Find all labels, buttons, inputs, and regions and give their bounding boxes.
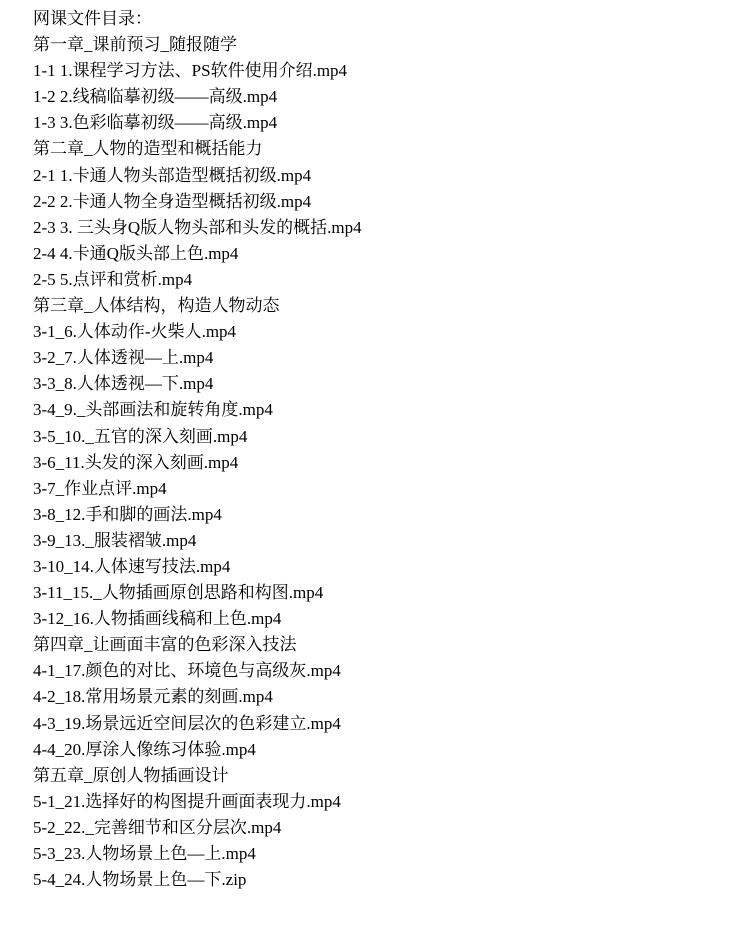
file-entry: 3-4_9._头部画法和旋转角度.mp4	[33, 397, 730, 423]
file-entry: 5-1_21.选择好的构图提升画面表现力.mp4	[33, 789, 730, 815]
chapter-title: 第二章_人物的造型和概括能力	[33, 136, 730, 162]
file-entry: 5-2_22._完善细节和区分层次.mp4	[33, 815, 730, 841]
file-entry: 1-3 3.色彩临摹初级——高级.mp4	[33, 110, 730, 136]
file-entry: 2-4 4.卡通Q版头部上色.mp4	[33, 241, 730, 267]
file-entry: 3-8_12.手和脚的画法.mp4	[33, 502, 730, 528]
file-entry: 5-4_24.人物场景上色—下.zip	[33, 867, 730, 893]
file-entry: 3-5_10._五官的深入刻画.mp4	[33, 424, 730, 450]
file-entry: 2-5 5.点评和赏析.mp4	[33, 267, 730, 293]
file-entry: 3-10_14.人体速写技法.mp4	[33, 554, 730, 580]
file-entry: 3-7_作业点评.mp4	[33, 476, 730, 502]
file-entry: 1-1 1.课程学习方法、PS软件使用介绍.mp4	[33, 58, 730, 84]
file-entry: 4-4_20.厚涂人像练习体验.mp4	[33, 737, 730, 763]
file-entry: 3-11_15._人物插画原创思路和构图.mp4	[33, 580, 730, 606]
chapter-title: 第四章_让画面丰富的色彩深入技法	[33, 632, 730, 658]
file-entry: 3-9_13._服装褶皱.mp4	[33, 528, 730, 554]
file-entry: 3-2_7.人体透视—上.mp4	[33, 345, 730, 371]
file-entry: 3-1_6.人体动作-火柴人.mp4	[33, 319, 730, 345]
file-entry: 4-3_19.场景远近空间层次的色彩建立.mp4	[33, 711, 730, 737]
chapter-title: 第五章_原创人物插画设计	[33, 763, 730, 789]
file-entry: 1-2 2.线稿临摹初级——高级.mp4	[33, 84, 730, 110]
file-entry: 3-12_16.人物插画线稿和上色.mp4	[33, 606, 730, 632]
file-entry: 2-2 2.卡通人物全身造型概括初级.mp4	[33, 189, 730, 215]
file-entry: 3-6_11.头发的深入刻画.mp4	[33, 450, 730, 476]
file-entry: 4-1_17.颜色的对比、环境色与高级灰.mp4	[33, 658, 730, 684]
file-entry: 4-2_18.常用场景元素的刻画.mp4	[33, 684, 730, 710]
document-page: 网课文件目录：第一章_课前预习_随报随学1-1 1.课程学习方法、PS软件使用介…	[0, 0, 750, 926]
file-entry: 2-1 1.卡通人物头部造型概括初级.mp4	[33, 163, 730, 189]
file-entry: 5-3_23.人物场景上色—上.mp4	[33, 841, 730, 867]
chapter-title: 第三章_人体结构，构造人物动态	[33, 293, 730, 319]
chapter-title: 第一章_课前预习_随报随学	[33, 32, 730, 58]
file-directory-list: 网课文件目录：第一章_课前预习_随报随学1-1 1.课程学习方法、PS软件使用介…	[0, 0, 750, 893]
file-entry: 3-3_8.人体透视—下.mp4	[33, 371, 730, 397]
file-entry: 2-3 3. 三头身Q版人物头部和头发的概括.mp4	[33, 215, 730, 241]
directory-title: 网课文件目录：	[33, 6, 730, 32]
